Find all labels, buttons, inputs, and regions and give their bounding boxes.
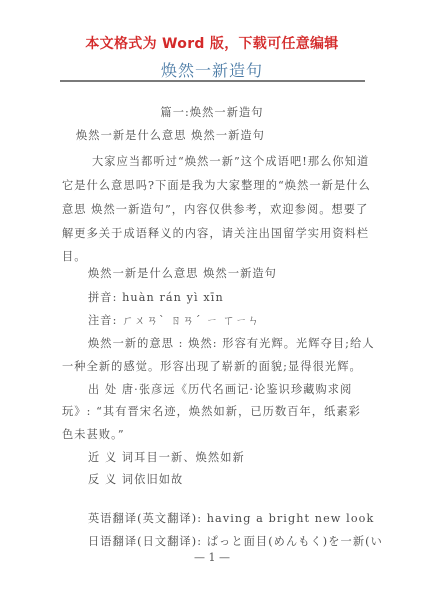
zhuyin: 注音: ㄏㄨㄢˋ ㄖㄢˊ ㄧ ㄒㄧㄣ	[88, 312, 260, 328]
antonyms: 反 义 词依旧如故	[88, 471, 183, 487]
intro-line-4: 解更多关于成语释义的内容，请关注出国留学实用资料栏	[62, 225, 369, 241]
intro-line-2: 它是什么意思吗?下面是我为大家整理的“焕然一新是什么	[62, 177, 371, 193]
source-line-3: 色未甚败。”	[62, 426, 125, 442]
meaning-line-1: 焕然一新的意思 : 焕然: 形容有光辉。光辉夺目;给人	[88, 335, 375, 351]
japanese-translation: 日语翻译(日文翻译): ぱっと面目(めんもく)を一新(い	[88, 533, 383, 549]
intro-line-5: 目。	[62, 248, 87, 264]
title-divider	[60, 80, 365, 82]
subtitle: 焕然一新是什么意思 焕然一新造句	[76, 127, 265, 143]
page-number: — 1 —	[0, 551, 424, 564]
document-title: 焕然一新造句	[0, 58, 424, 81]
meaning-line-2: 一种全新的感觉。形容出现了崭新的面貌;显得很光辉。	[62, 358, 362, 374]
synonyms: 近 义 词耳目一新、焕然如新	[88, 449, 245, 465]
intro-line-1: 大家应当都听过“焕然一新”这个成语吧!那么你知道	[92, 153, 369, 169]
entry-heading: 焕然一新是什么意思 焕然一新造句	[88, 265, 277, 281]
source-line-2: 玩》: “其有晋宋名迹，焕然如新，已历数百年，纸素彩	[62, 403, 361, 419]
intro-line-3: 意思 焕然一新造句”，内容仅供参考，欢迎参阅。想要了	[62, 201, 368, 217]
pinyin: 拼音: huàn rán yì xīn	[88, 289, 224, 305]
word-format-banner: 本文格式为 Word 版，下载可任意编辑	[0, 33, 424, 53]
english-translation: 英语翻译(英文翻译): having a bright new look	[88, 510, 374, 526]
source-line-1: 出 处 唐·张彦远《历代名画记·论鉴识珍藏购求阅	[88, 381, 352, 397]
section-heading: 篇一:焕然一新造句	[0, 104, 424, 120]
